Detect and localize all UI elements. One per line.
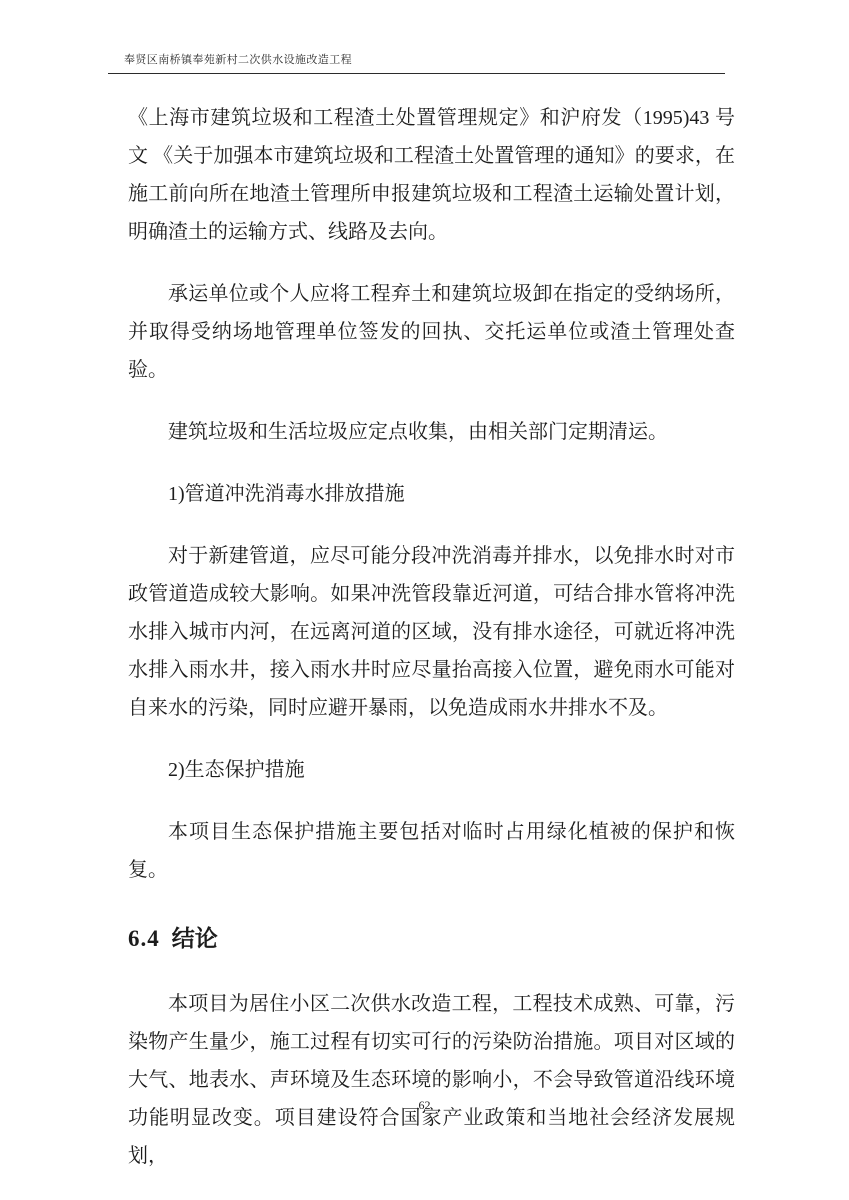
paragraph-conclusion: 本项目为居住小区二次供水改造工程，工程技术成熟、可靠，污染物产生量少，施工过程有… [128, 985, 735, 1175]
paragraph-ecological-protection: 本项目生态保护措施主要包括对临时占用绿化植被的保护和恢复。 [128, 813, 735, 889]
document-body: 《上海市建筑垃圾和工程渣土处置管理规定》和沪府发（1995)43 号文 《关于加… [128, 99, 735, 1199]
list-item-pipe-flushing: 1)管道冲洗消毒水排放措施 [128, 475, 735, 513]
paragraph-pipe-flushing-measures: 对于新建管道，应尽可能分段冲洗消毒并排水，以免排水时对市政管道造成较大影响。如果… [128, 537, 735, 727]
page-footer: 62 [0, 1096, 849, 1114]
section-title: 结论 [172, 926, 218, 951]
section-heading-conclusion: 6.4结论 [128, 919, 735, 959]
document-page: 奉贤区南桥镇奉苑新村二次供水设施改造工程 《上海市建筑垃圾和工程渣土处置管理规定… [0, 0, 849, 1200]
section-number: 6.4 [128, 926, 160, 951]
page-number: 62 [419, 1098, 431, 1112]
paragraph-regulation-requirements: 《上海市建筑垃圾和工程渣土处置管理规定》和沪府发（1995)43 号文 《关于加… [128, 99, 735, 251]
list-item-ecological-protection: 2)生态保护措施 [128, 751, 735, 789]
page-header: 奉贤区南桥镇奉苑新村二次供水设施改造工程 [108, 50, 725, 74]
header-title: 奉贤区南桥镇奉苑新村二次供水设施改造工程 [108, 51, 352, 67]
paragraph-transport-unit: 承运单位或个人应将工程弃土和建筑垃圾卸在指定的受纳场所，并取得受纳场地管理单位签… [128, 275, 735, 389]
paragraph-garbage-collection: 建筑垃圾和生活垃圾应定点收集，由相关部门定期清运。 [128, 413, 735, 451]
